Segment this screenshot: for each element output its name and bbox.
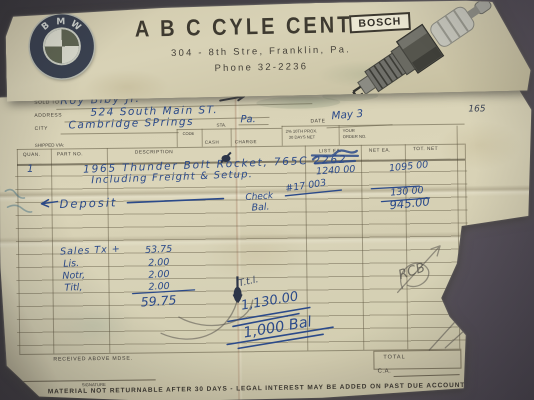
calc-subtotal: 59.75 xyxy=(140,292,177,309)
spark-plug-illustration xyxy=(327,1,529,97)
col-header-part-no: PART NO. xyxy=(57,152,83,157)
date-label: DATE xyxy=(310,118,325,124)
terms-line2: 30 DAYS NET xyxy=(289,134,316,139)
city-value: Cambridge SPrings xyxy=(68,116,194,132)
calc-line-label: Lis. xyxy=(63,258,79,270)
calc-line-value: 2.00 xyxy=(148,281,170,293)
ca-label: C.A. xyxy=(378,368,392,374)
cash-label: CASH xyxy=(205,140,220,145)
deposit-label: Deposit xyxy=(59,195,117,211)
calc-line-value: 2.00 xyxy=(148,269,170,281)
year-value: 165 xyxy=(468,104,485,114)
invoice-paper: SOLD TO ADDRESS CITY CODE STA. DATE 2% 1… xyxy=(0,85,534,400)
grid-line xyxy=(17,144,465,150)
balance-label: Bal. xyxy=(251,202,270,214)
grid-line xyxy=(202,129,203,147)
address-label: ADDRESS xyxy=(34,112,62,118)
charge-label: CHARGE xyxy=(235,139,257,144)
row1-quan: 1 xyxy=(27,164,34,175)
invoice-wrap: SOLD TO ADDRESS CITY CODE STA. DATE 2% 1… xyxy=(0,88,534,400)
total-box-label: TOTAL xyxy=(383,354,405,360)
code-label: CODE xyxy=(183,131,195,136)
bmw-letter-m: M xyxy=(56,17,65,27)
calc-line-label: Titl, xyxy=(64,282,82,294)
date-value: May 3 xyxy=(331,108,364,123)
city-label: CITY xyxy=(35,126,48,132)
grid-line xyxy=(282,126,283,146)
state-label: STA. xyxy=(217,122,227,127)
letterhead-paper: B M W A B C CYLE CENTER 304 - 8th Stre, … xyxy=(5,0,531,101)
col-header-net-ea: NET EA. xyxy=(369,148,391,153)
col-header-tot-net: TOT. NET xyxy=(413,147,438,152)
col-header-description: DESCRIPTION xyxy=(135,150,173,155)
terms-line1: 2% 10TH PROX. xyxy=(286,128,318,133)
shipped-via-label: SHIPPED VIA: xyxy=(35,142,65,147)
signature-label: SIGNATURE xyxy=(82,382,106,387)
order-no-label2: ORDER NO. xyxy=(343,134,367,139)
order-no-label1: YOUR xyxy=(343,128,355,133)
letterhead-wrap: B M W A B C CYLE CENTER 304 - 8th Stre, … xyxy=(6,4,530,96)
bmw-letter-b: B xyxy=(40,21,52,33)
field-underline xyxy=(61,132,179,134)
calc-line-value: 2.00 xyxy=(148,257,170,269)
calc-line-value: 53.75 xyxy=(145,244,173,256)
bmw-roundel-quarters xyxy=(45,29,80,64)
grid-line xyxy=(339,125,340,145)
grid-line xyxy=(231,128,232,146)
received-mdse-label: RECEIVED ABOVE MDSE. xyxy=(53,356,132,363)
calc-line-label: Notr, xyxy=(62,270,85,282)
photo-of-receipt: B M W A B C CYLE CENTER 304 - 8th Stre, … xyxy=(0,0,534,400)
bmw-logo: B M W xyxy=(29,14,94,79)
state-value: Pa. xyxy=(240,114,255,125)
grid-line xyxy=(177,128,282,130)
col-header-quan: QUAN. xyxy=(23,153,41,158)
